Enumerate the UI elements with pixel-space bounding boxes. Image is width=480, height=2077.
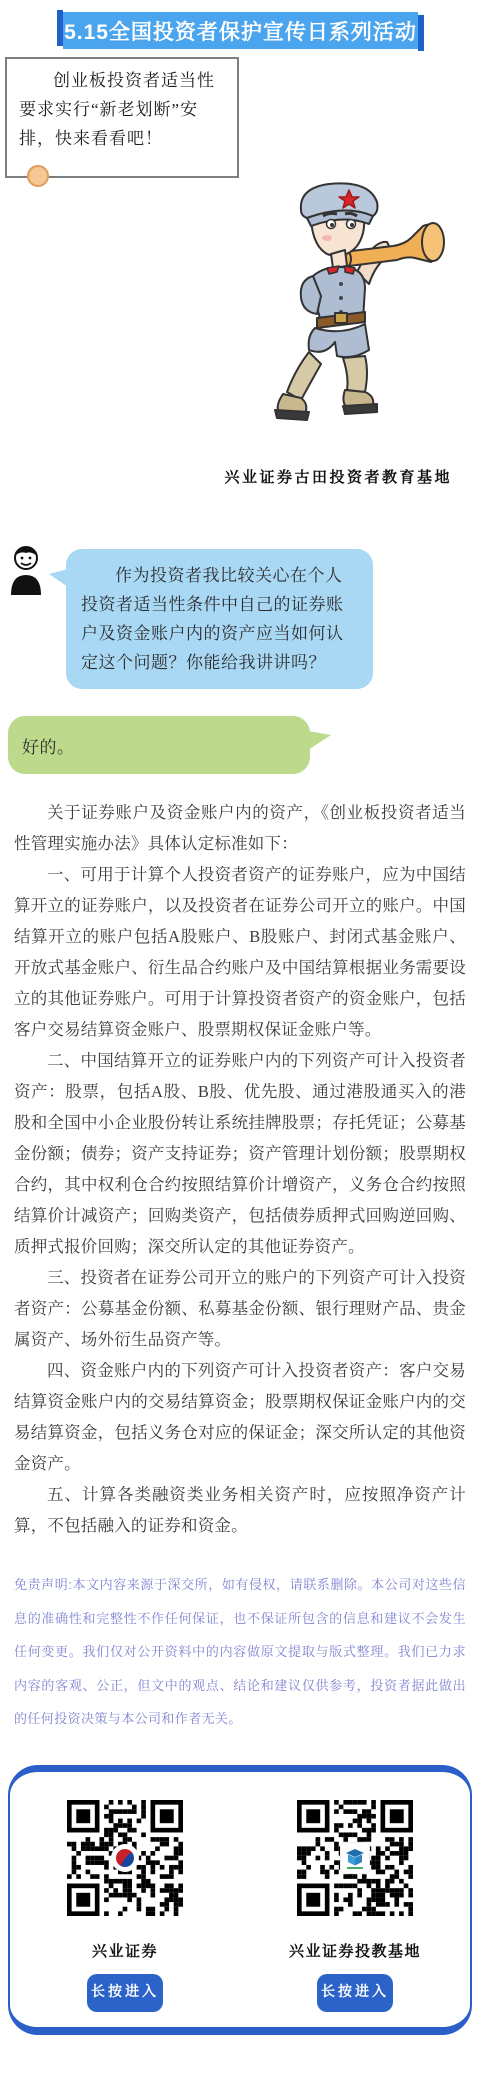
qr-code-toujiao[interactable] (293, 1796, 417, 1920)
long-press-button[interactable]: 长按进入 (87, 1974, 163, 2012)
article-paragraph: 五、计算各类融资类业务相关资产时，应按照净资产计算，不包括融入的证券和资金。 (14, 1479, 466, 1541)
speech-box-tail (27, 165, 49, 187)
intro-text: 创业板投资者适当性要求实行“新老划断”安排，快来看看吧！ (19, 66, 225, 153)
long-press-button[interactable]: 长按进入 (317, 1974, 393, 2012)
qr-label: 兴业证券投教基地 (240, 1940, 470, 1961)
qr-column-xyzq: 兴业证券 长按进入 (10, 1772, 240, 2027)
intro-speech-box: 创业板投资者适当性要求实行“新老划断”安排，快来看看吧！ (5, 57, 239, 178)
toujiao-base-logo-icon (341, 1843, 369, 1873)
question-text: 作为投资者我比较关心在个人投资者适当性条件中自己的证券账户及资金账户内的资产应当… (81, 561, 358, 677)
qr-column-toujiao: 兴业证券投教基地 长按进入 (240, 1772, 470, 2027)
answer-text: 好的。 (8, 733, 75, 758)
question-bubble-tail (49, 569, 68, 587)
qr-label: 兴业证券 (10, 1940, 240, 1961)
article-page: 5.15全国投资者保护宣传日系列活动 创业板投资者适当性要求实行“新老划断”安排… (0, 0, 480, 2077)
question-bubble: 作为投资者我比较关心在个人投资者适当性条件中自己的证券账户及资金账户内的资产应当… (66, 549, 373, 689)
xyzq-logo-icon (113, 1846, 137, 1870)
trumpet-soldier-illustration (265, 180, 450, 438)
answer-bubble: 好的。 (8, 716, 310, 774)
answer-bubble-tail (308, 731, 331, 750)
title-banner: 5.15全国投资者保护宣传日系列活动 (57, 10, 424, 51)
disclaimer-text: 免责声明:本文内容来源于深交所，如有侵权，请联系删除。本公司对这些信息的准确性和… (14, 1568, 466, 1736)
investor-avatar-icon (7, 545, 45, 597)
article-paragraph: 三、投资者在证券公司开立的账户的下列资产可计入投资者资产：公募基金份额、私募基金… (14, 1262, 466, 1355)
mascot-caption: 兴业证券古田投资者教育基地 (0, 466, 452, 487)
article-paragraph: 关于证券账户及资金账户内的资产，《创业板投资者适当性管理实施办法》具体认定标准如… (14, 797, 466, 859)
footer-qr-card: 兴业证券 长按进入 兴业证券投教基地 长按进入 (8, 1765, 472, 2035)
article-paragraph: 二、中国结算开立的证券账户内的下列资产可计入投资者资产：股票，包括A股、B股、优… (14, 1045, 466, 1262)
banner-title: 5.15全国投资者保护宣传日系列活动 (63, 12, 418, 49)
banner-accent-right (418, 15, 424, 51)
article-paragraph: 四、资金账户内的下列资产可计入投资者资产：客户交易结算资金账户内的交易结算资金；… (14, 1355, 466, 1479)
qr-code-xyzq[interactable] (63, 1796, 187, 1920)
article-body: 关于证券账户及资金账户内的资产，《创业板投资者适当性管理实施办法》具体认定标准如… (14, 797, 466, 1541)
article-paragraph: 一、可用于计算个人投资者资产的证券账户，应为中国结算开立的证券账户，以及投资者在… (14, 859, 466, 1045)
